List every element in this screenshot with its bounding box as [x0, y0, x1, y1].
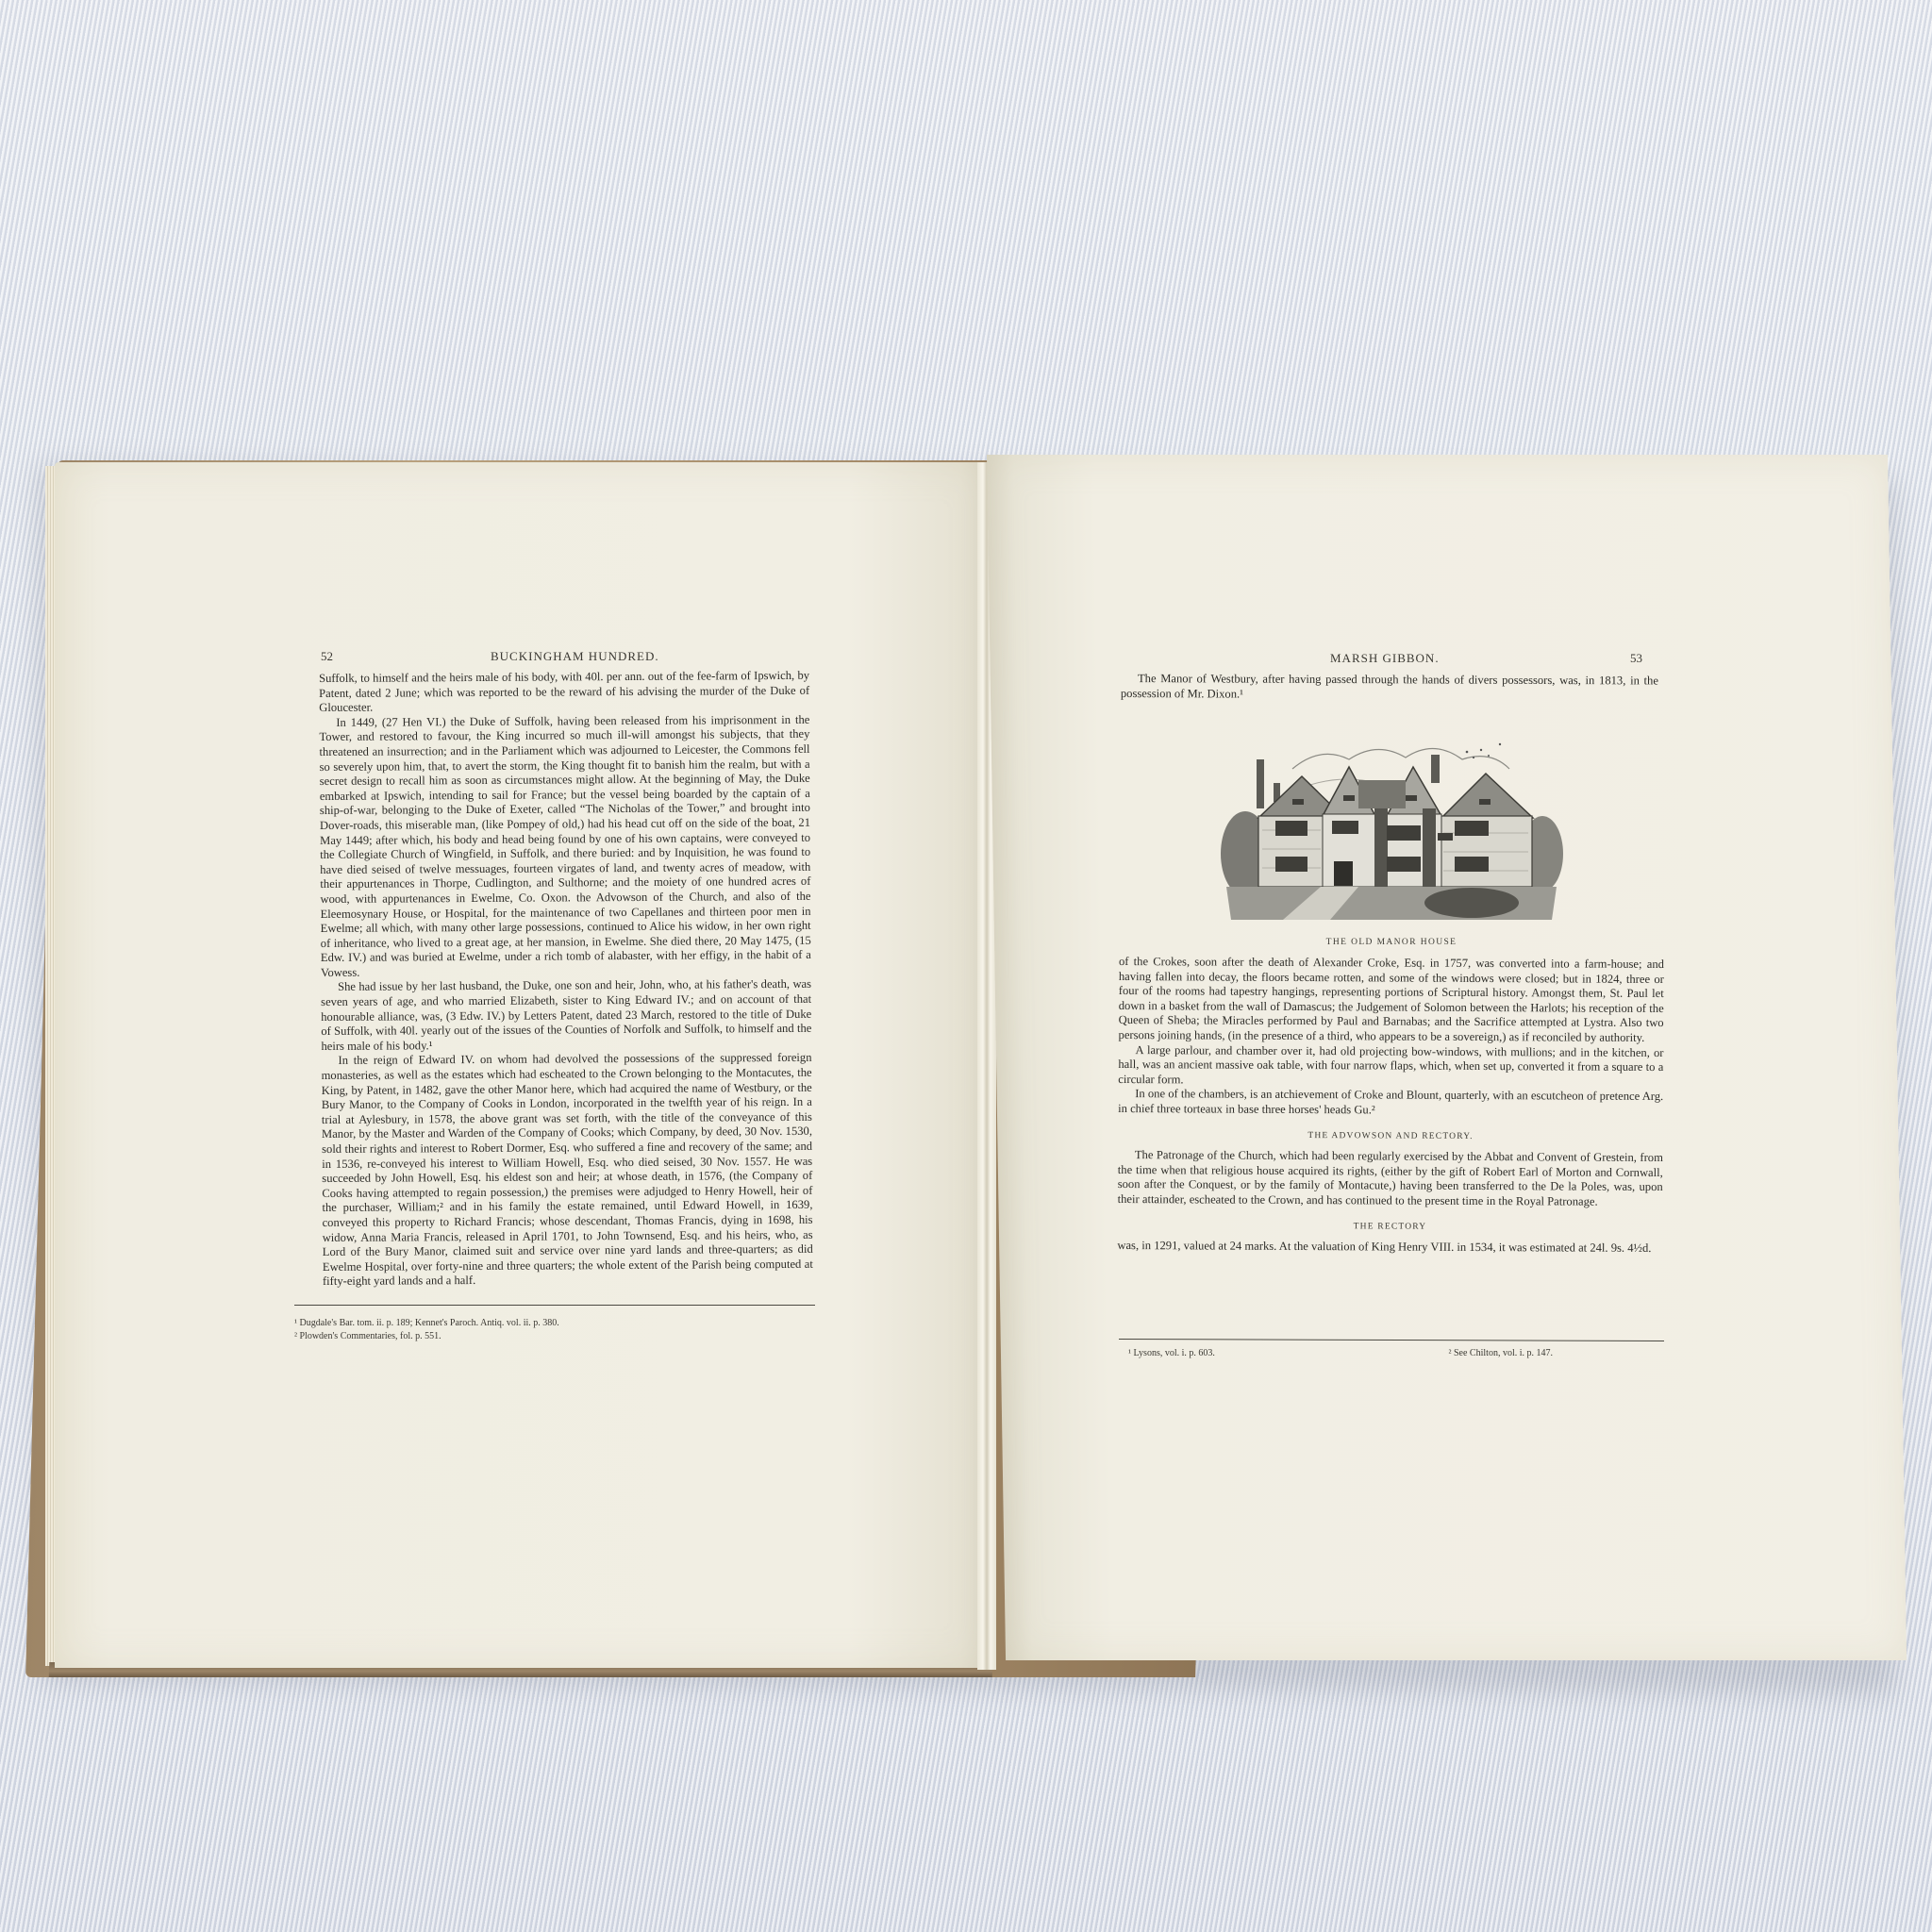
- right-intro: The Manor of Westbury, after having pass…: [1121, 672, 1658, 704]
- left-body-text: Suffolk, to himself and the heirs male o…: [319, 669, 813, 1290]
- paragraph: In one of the chambers, is an atchieveme…: [1118, 1087, 1663, 1119]
- right-body-text: of the Crokes, soon after the death of A…: [1117, 955, 1664, 1257]
- paragraph: She had issue by her last husband, the D…: [321, 977, 811, 1054]
- illustration-caption: THE OLD MANOR HOUSE: [1217, 938, 1566, 947]
- paragraph: of the Crokes, soon after the death of A…: [1119, 955, 1664, 1046]
- left-footnotes: ¹ Dugdale's Bar. tom. ii. p. 189; Kennet…: [294, 1317, 815, 1343]
- footnote: ¹ Dugdale's Bar. tom. ii. p. 189; Kennet…: [294, 1317, 815, 1330]
- paragraph: Suffolk, to himself and the heirs male o…: [319, 669, 809, 716]
- footnote-rule: [294, 1305, 815, 1306]
- left-running-head: BUCKINGHAM HUNDRED.: [491, 649, 659, 664]
- engraving-manor-house-icon: [1217, 731, 1566, 924]
- right-folio: 53: [1630, 651, 1642, 666]
- paragraph: The Patronage of the Church, which had b…: [1118, 1148, 1663, 1209]
- footnote: ² Plowden's Commentaries, fol. p. 551.: [294, 1330, 815, 1343]
- paragraph: A large parlour, and chamber over it, ha…: [1118, 1043, 1663, 1091]
- footnote: ¹ Lysons, vol. i. p. 603.: [1128, 1347, 1215, 1360]
- right-running-head: MARSH GIBBON.: [1330, 651, 1440, 666]
- section-heading-rectory: THE RECTORY: [1117, 1218, 1662, 1236]
- left-folio: 52: [321, 649, 333, 664]
- paragraph: In the reign of Edward IV. on whom had d…: [321, 1051, 813, 1290]
- paragraph: was, in 1291, valued at 24 marks. At the…: [1117, 1239, 1662, 1257]
- paragraph: In 1449, (27 Hen VI.) the Duke of Suffol…: [319, 713, 811, 981]
- paragraph: The Manor of Westbury, after having pass…: [1121, 672, 1658, 704]
- section-heading-advowson: THE ADVOWSON AND RECTORY.: [1118, 1128, 1663, 1146]
- right-footnotes: ¹ Lysons, vol. i. p. 603. ² See Chilton,…: [1128, 1347, 1657, 1360]
- footnote: ² See Chilton, vol. i. p. 147.: [1449, 1347, 1554, 1360]
